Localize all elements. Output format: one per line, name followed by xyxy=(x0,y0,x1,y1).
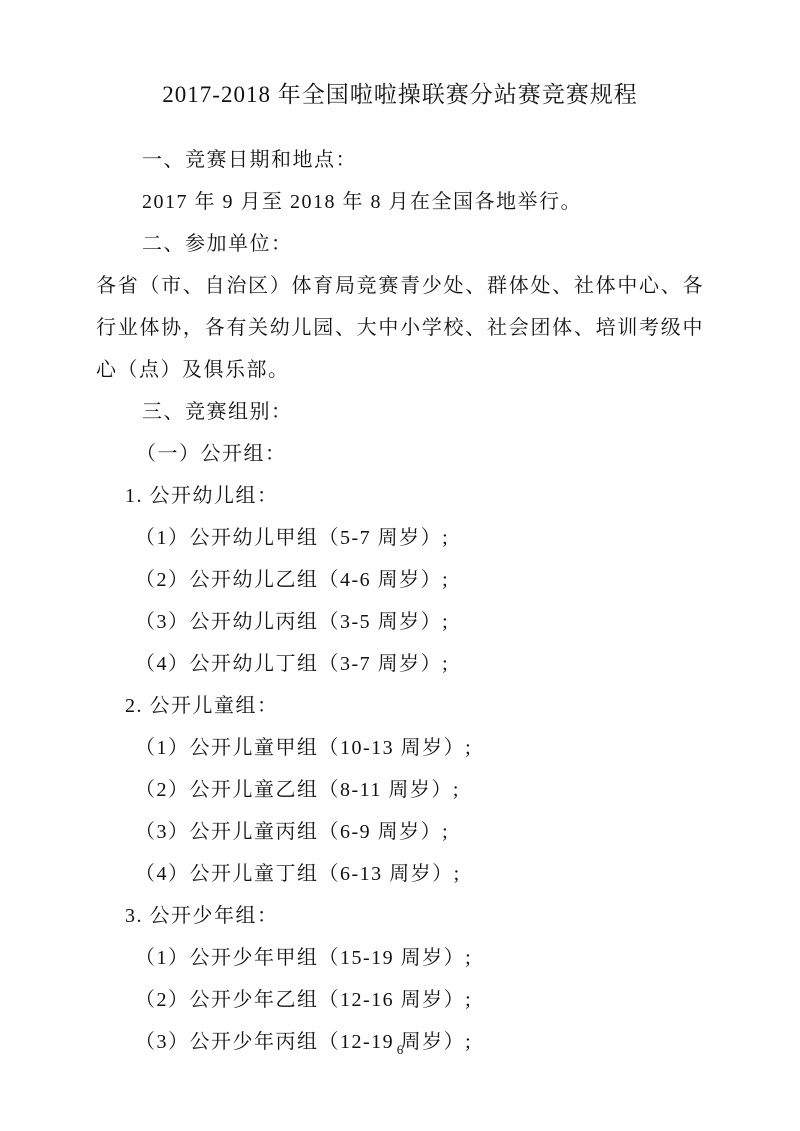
document-title: 2017-2018 年全国啦啦操联赛分站赛竞赛规程 xyxy=(0,76,800,109)
subsection-open-group: （一）公开组： xyxy=(96,433,704,475)
list-item-toddler-d: （4）公开幼儿丁组（3-7 周岁）; xyxy=(96,643,704,685)
document-body: 一、竞赛日期和地点： 2017 年 9 月至 2018 年 8 月在全国各地举行… xyxy=(96,139,704,1063)
paragraph-date-location: 2017 年 9 月至 2018 年 8 月在全国各地举行。 xyxy=(96,181,704,223)
section-heading-1: 一、竞赛日期和地点： xyxy=(96,139,704,181)
page-number: 6 xyxy=(0,1040,800,1060)
list-item-toddler-c: （3）公开幼儿丙组（3-5 周岁）; xyxy=(96,601,704,643)
list-item-children-b: （2）公开儿童乙组（8-11 周岁）; xyxy=(96,769,704,811)
paragraph-units-line-2: 行业体协，各有关幼儿园、大中小学校、社会团体、培训考级中 xyxy=(96,307,704,349)
list-item-youth-a: （1）公开少年甲组（15-19 周岁）; xyxy=(96,937,704,979)
list-item-children-a: （1）公开儿童甲组（10-13 周岁）; xyxy=(96,727,704,769)
list-item-toddler-a: （1）公开幼儿甲组（5-7 周岁）; xyxy=(96,517,704,559)
group-heading-toddler: 1. 公开幼儿组： xyxy=(96,475,704,517)
group-heading-youth: 3. 公开少年组： xyxy=(96,895,704,937)
document-page: 2017-2018 年全国啦啦操联赛分站赛竞赛规程 一、竞赛日期和地点： 201… xyxy=(0,0,800,1131)
paragraph-units-line-3: 心（点）及俱乐部。 xyxy=(96,349,704,391)
list-item-children-c: （3）公开儿童丙组（6-9 周岁）; xyxy=(96,811,704,853)
group-heading-children: 2. 公开儿童组： xyxy=(96,685,704,727)
section-heading-3: 三、竞赛组别： xyxy=(96,391,704,433)
list-item-youth-b: （2）公开少年乙组（12-16 周岁）; xyxy=(96,979,704,1021)
list-item-toddler-b: （2）公开幼儿乙组（4-6 周岁）; xyxy=(96,559,704,601)
section-heading-2: 二、参加单位： xyxy=(96,223,704,265)
paragraph-units-line-1: 各省（市、自治区）体育局竞赛青少处、群体处、社体中心、各 xyxy=(96,265,704,307)
list-item-children-d: （4）公开儿童丁组（6-13 周岁）; xyxy=(96,853,704,895)
